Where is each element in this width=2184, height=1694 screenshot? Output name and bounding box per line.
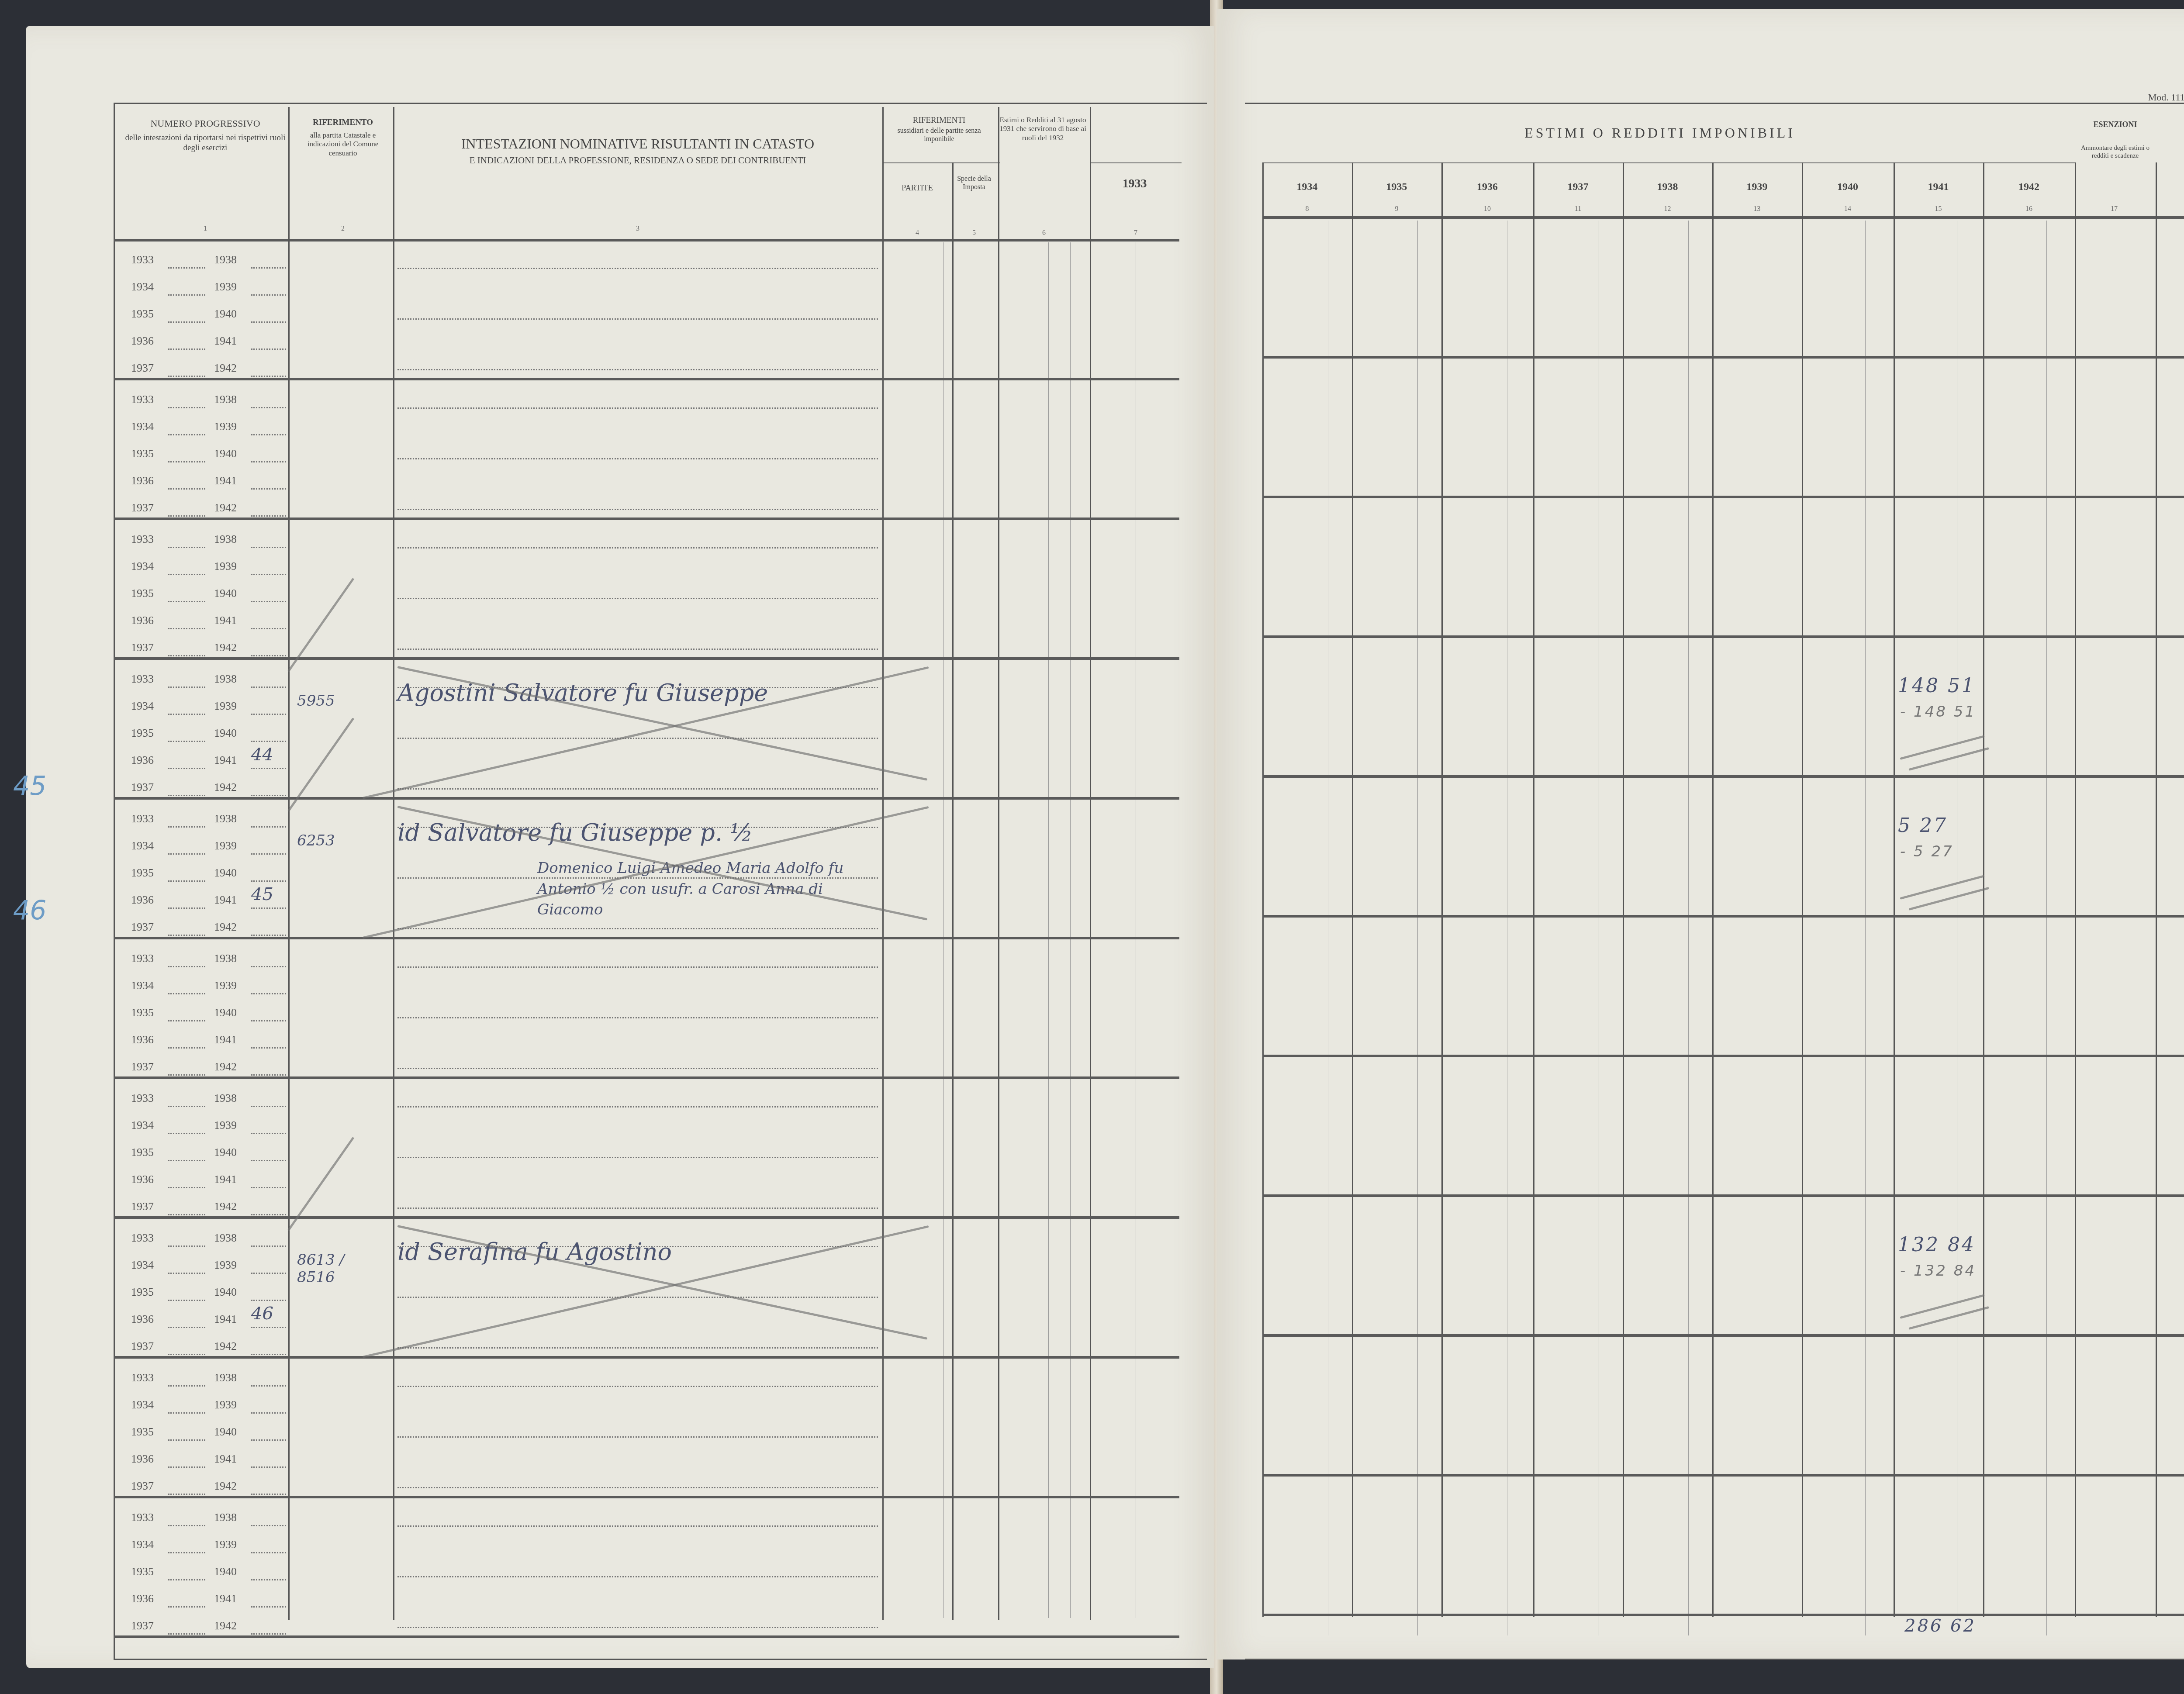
- entry-line: [168, 1439, 205, 1441]
- entry-line: [168, 935, 205, 936]
- year-header-1939: 1939: [1712, 181, 1802, 193]
- year-label: 1942: [214, 362, 237, 375]
- year-label: 1936: [131, 1592, 154, 1605]
- year-label: 1935: [131, 866, 154, 880]
- row-separator-right: [1262, 1334, 2184, 1337]
- name-line: [397, 1386, 878, 1387]
- entry-line: [251, 601, 286, 602]
- name-line: [397, 966, 878, 968]
- year-header-1934: 1934: [1262, 181, 1352, 193]
- year-label: 1938: [214, 1511, 237, 1524]
- col5-col6-divider: [998, 107, 999, 1620]
- entry-line: [251, 434, 286, 435]
- form-code: Mod. 111 — Imposte Dirette (intercalare): [2148, 92, 2184, 103]
- year-label: 1941: [214, 1033, 237, 1046]
- year-col-number: 14: [1839, 205, 1856, 213]
- deduction-1941: - 148 51: [1900, 703, 1976, 721]
- year-label: 1940: [214, 1425, 237, 1439]
- entry-line: [168, 376, 205, 377]
- year-label: 1934: [131, 700, 154, 713]
- entry-line: [251, 547, 286, 548]
- year-label: 1938: [214, 1232, 237, 1245]
- entry-line: [251, 1160, 286, 1161]
- entry-line: [168, 407, 205, 408]
- entry-line: [168, 1133, 205, 1134]
- entry-line: [251, 966, 286, 967]
- year-label: 1938: [214, 812, 237, 825]
- year-label: 1942: [214, 641, 237, 654]
- year-label: 1939: [214, 1119, 237, 1132]
- year-label: 1938: [214, 253, 237, 266]
- row-separator-right: [1262, 1055, 2184, 1057]
- year-label: 1936: [131, 1452, 154, 1466]
- col45-title: RIFERIMENTI: [882, 116, 996, 126]
- entry-line: [251, 461, 286, 462]
- year-label: 1937: [131, 1060, 154, 1073]
- year-column-line: [2075, 162, 2076, 1617]
- entry-line: [251, 714, 286, 715]
- col6-number: 6: [1035, 229, 1053, 237]
- year-header-1937: 1937: [1533, 181, 1623, 193]
- entry-line: [168, 461, 205, 462]
- entry-line: [168, 515, 205, 517]
- row-separator-right: [1262, 496, 2184, 498]
- entry-line: [251, 1074, 286, 1076]
- row-separator: [114, 1356, 1179, 1359]
- year-label: 1935: [131, 1006, 154, 1019]
- entry-line: [168, 1466, 205, 1468]
- catastal-reference: 6253: [297, 832, 384, 849]
- year-header-1936: 1936: [1441, 181, 1533, 193]
- entry-line: [168, 574, 205, 575]
- col5-label: Specie della Imposta: [952, 175, 996, 191]
- year-column-line: [1533, 162, 1534, 1617]
- year-label: 1937: [131, 362, 154, 375]
- year-label: 1939: [214, 1538, 237, 1551]
- year-column-line: [1802, 162, 1803, 1617]
- entry-line: [251, 1579, 286, 1580]
- year-label: 1938: [214, 673, 237, 686]
- year-column-line: [1894, 162, 1895, 1617]
- row-separator-right: [1262, 775, 2184, 778]
- col3-title: INTESTAZIONI NOMINATIVE RISULTANTI IN CA…: [395, 135, 880, 152]
- taxpayer-additional: Domenico Luigi Amedeo Maria Adolfo fu An…: [537, 858, 878, 921]
- entry-line: [251, 1273, 286, 1274]
- entry-line: [168, 795, 205, 796]
- entry-line: [168, 1354, 205, 1355]
- entry-line: [251, 294, 286, 296]
- year-label: 1936: [131, 474, 154, 487]
- col45-subheader-rule: [882, 162, 1000, 163]
- entry-line: [251, 853, 286, 855]
- year-label: 1939: [214, 280, 237, 293]
- year-label: 1941: [214, 1173, 237, 1186]
- entry-line: [251, 267, 286, 269]
- name-line: [397, 1487, 878, 1488]
- entry-line: [251, 1354, 286, 1355]
- year-label: 1937: [131, 921, 154, 934]
- amount-1941: 148 51: [1898, 675, 1976, 697]
- entry-line: [251, 348, 286, 350]
- entry-line: [168, 1047, 205, 1049]
- year-label: 1933: [131, 1232, 154, 1245]
- entry-line: [168, 655, 205, 656]
- year-label: 1942: [214, 1060, 237, 1073]
- year-label: 1937: [131, 501, 154, 514]
- row-separator-right: [1262, 635, 2184, 638]
- year-label: 1940: [214, 866, 237, 880]
- year-label: 1935: [131, 307, 154, 321]
- year-label: 1941: [214, 1452, 237, 1466]
- year-label: 1934: [131, 560, 154, 573]
- col2-title: RIFERIMENTO: [293, 118, 393, 128]
- year-column-line: [1262, 162, 1264, 1617]
- cents-column-line: [1599, 221, 1599, 1635]
- entry-line: [251, 880, 286, 882]
- year-label: 1936: [131, 335, 154, 348]
- entry-line: [168, 687, 205, 688]
- deduction-1941: - 5 27: [1900, 843, 1954, 860]
- name-line: [397, 1017, 878, 1018]
- entry-line: [168, 741, 205, 742]
- row-separator-right: [1262, 1614, 2184, 1616]
- entry-line: [251, 407, 286, 408]
- row-separator: [114, 518, 1179, 520]
- col17-subtitle: Ammontare degli estimi o redditi e scade…: [2077, 144, 2153, 160]
- entry-line: [251, 655, 286, 656]
- entry-line: [168, 1214, 205, 1215]
- right-page: Mod. 111 — Imposte Dirette (intercalare)…: [1216, 9, 2184, 1659]
- entry-line: [168, 1412, 205, 1414]
- entry-line: [251, 1439, 286, 1441]
- year-label: 1933: [131, 533, 154, 546]
- margin-note: 46: [13, 895, 46, 926]
- entry-line: [251, 1494, 286, 1495]
- entry-line: [251, 1552, 286, 1553]
- year-col-number: 10: [1479, 205, 1496, 213]
- year-label: 1941: [214, 614, 237, 627]
- entry-line: [168, 294, 205, 296]
- year-label: 1938: [214, 1092, 237, 1105]
- entry-line: [168, 1494, 205, 1495]
- year-label: 1936: [131, 1173, 154, 1186]
- name-line: [397, 1576, 878, 1577]
- year-header-1938: 1938: [1623, 181, 1712, 193]
- entry-line: [168, 1385, 205, 1387]
- row-separator: [114, 937, 1179, 939]
- year-label: 1941: [214, 474, 237, 487]
- cents-column-line: [1417, 221, 1418, 1635]
- col1-subtitle: delle intestazioni da riportarsi nei ris…: [122, 133, 288, 153]
- year-label: 1941: [214, 1592, 237, 1605]
- entry-line: [251, 935, 286, 936]
- col18-title: ANNOTAZIONI: [2156, 151, 2184, 161]
- catastal-reference: 5955: [297, 692, 384, 710]
- year-label: 1938: [214, 533, 237, 546]
- year-label: 1937: [131, 781, 154, 794]
- entry-line: [251, 1300, 286, 1301]
- entry-line: [168, 1633, 205, 1635]
- row-separator: [114, 797, 1179, 800]
- year-label: 1939: [214, 420, 237, 433]
- entry-line: [168, 547, 205, 548]
- row-separator: [114, 1216, 1179, 1219]
- year-label: 1941: [214, 1313, 237, 1326]
- year-label: 1933: [131, 1371, 154, 1384]
- year-label: 1942: [214, 921, 237, 934]
- col2-col3-divider: [393, 107, 394, 1620]
- header-rule: [114, 239, 1179, 242]
- col4-label: PARTITE: [882, 183, 952, 193]
- entry-line: [168, 1273, 205, 1274]
- year-label: 1937: [131, 1480, 154, 1493]
- year-label: 1936: [131, 894, 154, 907]
- col4-col5-divider: [952, 162, 954, 1620]
- col45-subtitle: sussidiari e delle partite senza imponib…: [882, 127, 996, 143]
- year-column-line: [1441, 162, 1443, 1617]
- year-label: 1939: [214, 1259, 237, 1272]
- entry-line: [168, 907, 205, 909]
- year-label: 1942: [214, 1619, 237, 1632]
- row-separator: [114, 1076, 1179, 1079]
- year-column-line: [2156, 162, 2157, 1617]
- progressive-number: 44: [251, 745, 273, 765]
- entry-line: [168, 1160, 205, 1161]
- year-col-number: 15: [1930, 205, 1947, 213]
- entry-line: [251, 687, 286, 688]
- entry-line: [168, 488, 205, 490]
- year-label: 1940: [214, 587, 237, 600]
- row-separator: [114, 378, 1179, 380]
- col6-title: Estimi o Redditi al 31 agosto 1931 che s…: [998, 116, 1088, 142]
- row-separator-right: [1262, 1194, 2184, 1197]
- year-label: 1936: [131, 1033, 154, 1046]
- col2-number: 2: [334, 225, 352, 233]
- entry-line: [251, 1047, 286, 1049]
- year-label: 1935: [131, 727, 154, 740]
- row-separator: [114, 1635, 1179, 1638]
- entry-line: [168, 1106, 205, 1107]
- name-line: [397, 598, 878, 599]
- entry-line: [168, 267, 205, 269]
- entry-line: [251, 1327, 286, 1328]
- right-header-rule: [1262, 216, 2184, 219]
- col1-number: 1: [197, 225, 214, 233]
- name-line: [397, 1627, 878, 1628]
- entry-line: [168, 853, 205, 855]
- col3-col4-divider: [882, 107, 884, 1620]
- entry-line: [251, 741, 286, 742]
- left-page: [26, 26, 1214, 1668]
- col3-number: 3: [629, 225, 646, 233]
- entry-line: [168, 714, 205, 715]
- year-label: 1934: [131, 1538, 154, 1551]
- col7-subheader-rule: [1090, 162, 1182, 163]
- name-line: [397, 1106, 878, 1107]
- year-label: 1935: [131, 1286, 154, 1299]
- entry-line: [251, 768, 286, 769]
- entry-line: [251, 515, 286, 517]
- entry-line: [251, 1633, 286, 1635]
- year-col-number: 13: [1749, 205, 1766, 213]
- year-col-number: 16: [2020, 205, 2038, 213]
- name-line: [397, 268, 878, 269]
- year-label: 1935: [131, 587, 154, 600]
- year-label: 1937: [131, 641, 154, 654]
- year-column-line: [1352, 162, 1353, 1617]
- entry-line: [168, 966, 205, 967]
- entry-line: [251, 1412, 286, 1414]
- year-label: 1935: [131, 1146, 154, 1159]
- sub-column-line: [1048, 242, 1049, 1618]
- year-label: 1936: [131, 1313, 154, 1326]
- entry-line: [251, 1606, 286, 1608]
- year-label: 1938: [214, 952, 237, 965]
- year-label: 1940: [214, 1286, 237, 1299]
- year-label: 1940: [214, 1006, 237, 1019]
- year-label: 1942: [214, 1340, 237, 1353]
- year-label: 1933: [131, 673, 154, 686]
- year-label: 1940: [214, 307, 237, 321]
- entry-line: [251, 1525, 286, 1526]
- entry-line: [168, 1552, 205, 1553]
- sub-column-line: [1070, 242, 1071, 1618]
- amount-1941: 5 27: [1898, 814, 1948, 837]
- entry-line: [168, 768, 205, 769]
- year-label: 1934: [131, 420, 154, 433]
- entry-line: [251, 574, 286, 575]
- name-line: [397, 369, 878, 370]
- year-label: 1934: [131, 979, 154, 992]
- entry-line: [251, 993, 286, 994]
- year-col-number: 9: [1388, 205, 1406, 213]
- name-line: [397, 788, 878, 790]
- year-label: 1934: [131, 280, 154, 293]
- year-header-1942: 1942: [1983, 181, 2075, 193]
- entry-line: [251, 488, 286, 490]
- year-col-number: 8: [1299, 205, 1316, 213]
- entry-line: [251, 321, 286, 323]
- entry-line: [168, 1187, 205, 1188]
- year-label: 1939: [214, 979, 237, 992]
- cents-column-line: [1865, 221, 1866, 1635]
- name-line: [397, 1208, 878, 1209]
- year-label: 1933: [131, 1092, 154, 1105]
- year-label: 1942: [214, 501, 237, 514]
- name-line: [397, 1525, 878, 1527]
- name-line: [397, 458, 878, 459]
- col6-col7-divider: [1090, 107, 1091, 1620]
- entry-line: [251, 628, 286, 629]
- row-separator-right: [1262, 1474, 2184, 1477]
- year-label: 1940: [214, 1565, 237, 1578]
- name-line: [397, 509, 878, 510]
- name-line: [397, 928, 878, 929]
- name-line: [397, 1068, 878, 1069]
- entry-line: [251, 1214, 286, 1215]
- progressive-number: 45: [251, 884, 273, 904]
- year-label: 1941: [214, 335, 237, 348]
- year-col-number: 12: [1659, 205, 1676, 213]
- year-label: 1936: [131, 614, 154, 627]
- name-line: [397, 1297, 878, 1298]
- catastal-reference: 8613 / 8516: [297, 1251, 384, 1286]
- year-label: 1934: [131, 1259, 154, 1272]
- year-label: 1936: [131, 754, 154, 767]
- year-label: 1939: [214, 1398, 237, 1411]
- year-label: 1940: [214, 1146, 237, 1159]
- entry-line: [251, 376, 286, 377]
- right-register-form: [1245, 103, 2184, 1660]
- year-label: 1939: [214, 839, 237, 852]
- amount-1941: 132 84: [1898, 1234, 1976, 1256]
- year-header-1941: 1941: [1894, 181, 1983, 193]
- year-label: 1938: [214, 1371, 237, 1384]
- cents-column-line: [1778, 221, 1778, 1635]
- entry-line: [168, 1327, 205, 1328]
- entry-line: [168, 1245, 205, 1247]
- sub-column-line: [1136, 242, 1136, 1618]
- cents-column-line: [1507, 221, 1507, 1635]
- year-label: 1941: [214, 894, 237, 907]
- name-line: [397, 1436, 878, 1438]
- col17-title: ESENZIONI: [2077, 120, 2153, 130]
- row-separator: [114, 1496, 1179, 1498]
- year-column-line: [1712, 162, 1714, 1617]
- year-label: 1942: [214, 781, 237, 794]
- entry-line: [251, 1466, 286, 1468]
- name-line: [397, 649, 878, 650]
- year-label: 1939: [214, 700, 237, 713]
- estimi-title: ESTIMI O REDDITI IMPONIBILI: [1441, 124, 1878, 141]
- cents-column-line: [1328, 221, 1328, 1635]
- year-col-number: 11: [1569, 205, 1587, 213]
- year-label: 1935: [131, 447, 154, 460]
- entry-line: [251, 907, 286, 909]
- entry-line: [168, 1579, 205, 1580]
- col4-number: 4: [909, 229, 926, 237]
- entry-line: [251, 1187, 286, 1188]
- entry-line: [168, 1525, 205, 1526]
- entry-line: [168, 1606, 205, 1608]
- entry-line: [251, 1245, 286, 1247]
- entry-line: [251, 1106, 286, 1107]
- col1-title: NUMERO PROGRESSIVO: [122, 118, 288, 129]
- cents-column-line: [2046, 221, 2047, 1635]
- col7-number: 7: [1127, 229, 1144, 237]
- col2-subtitle: alla partita Catastale e indicazioni del…: [293, 131, 393, 158]
- year-label: 1934: [131, 1398, 154, 1411]
- year-label: 1934: [131, 1119, 154, 1132]
- entry-line: [251, 1020, 286, 1021]
- year-label: 1935: [131, 1425, 154, 1439]
- entry-line: [168, 880, 205, 882]
- cents-column-line: [1688, 221, 1689, 1635]
- year-label: 1937: [131, 1619, 154, 1632]
- year-column-line: [1623, 162, 1624, 1617]
- year-label: 1939: [214, 560, 237, 573]
- year-label: 1942: [214, 1200, 237, 1213]
- year-label: 1933: [131, 812, 154, 825]
- cents-column-line: [1957, 221, 1957, 1635]
- year-label: 1933: [131, 393, 154, 406]
- year-label: 1940: [214, 727, 237, 740]
- year-label: 1933: [131, 1511, 154, 1524]
- year-label: 1940: [214, 447, 237, 460]
- name-line: [397, 1347, 878, 1349]
- row-separator-right: [1262, 356, 2184, 359]
- year-label: 1935: [131, 1565, 154, 1578]
